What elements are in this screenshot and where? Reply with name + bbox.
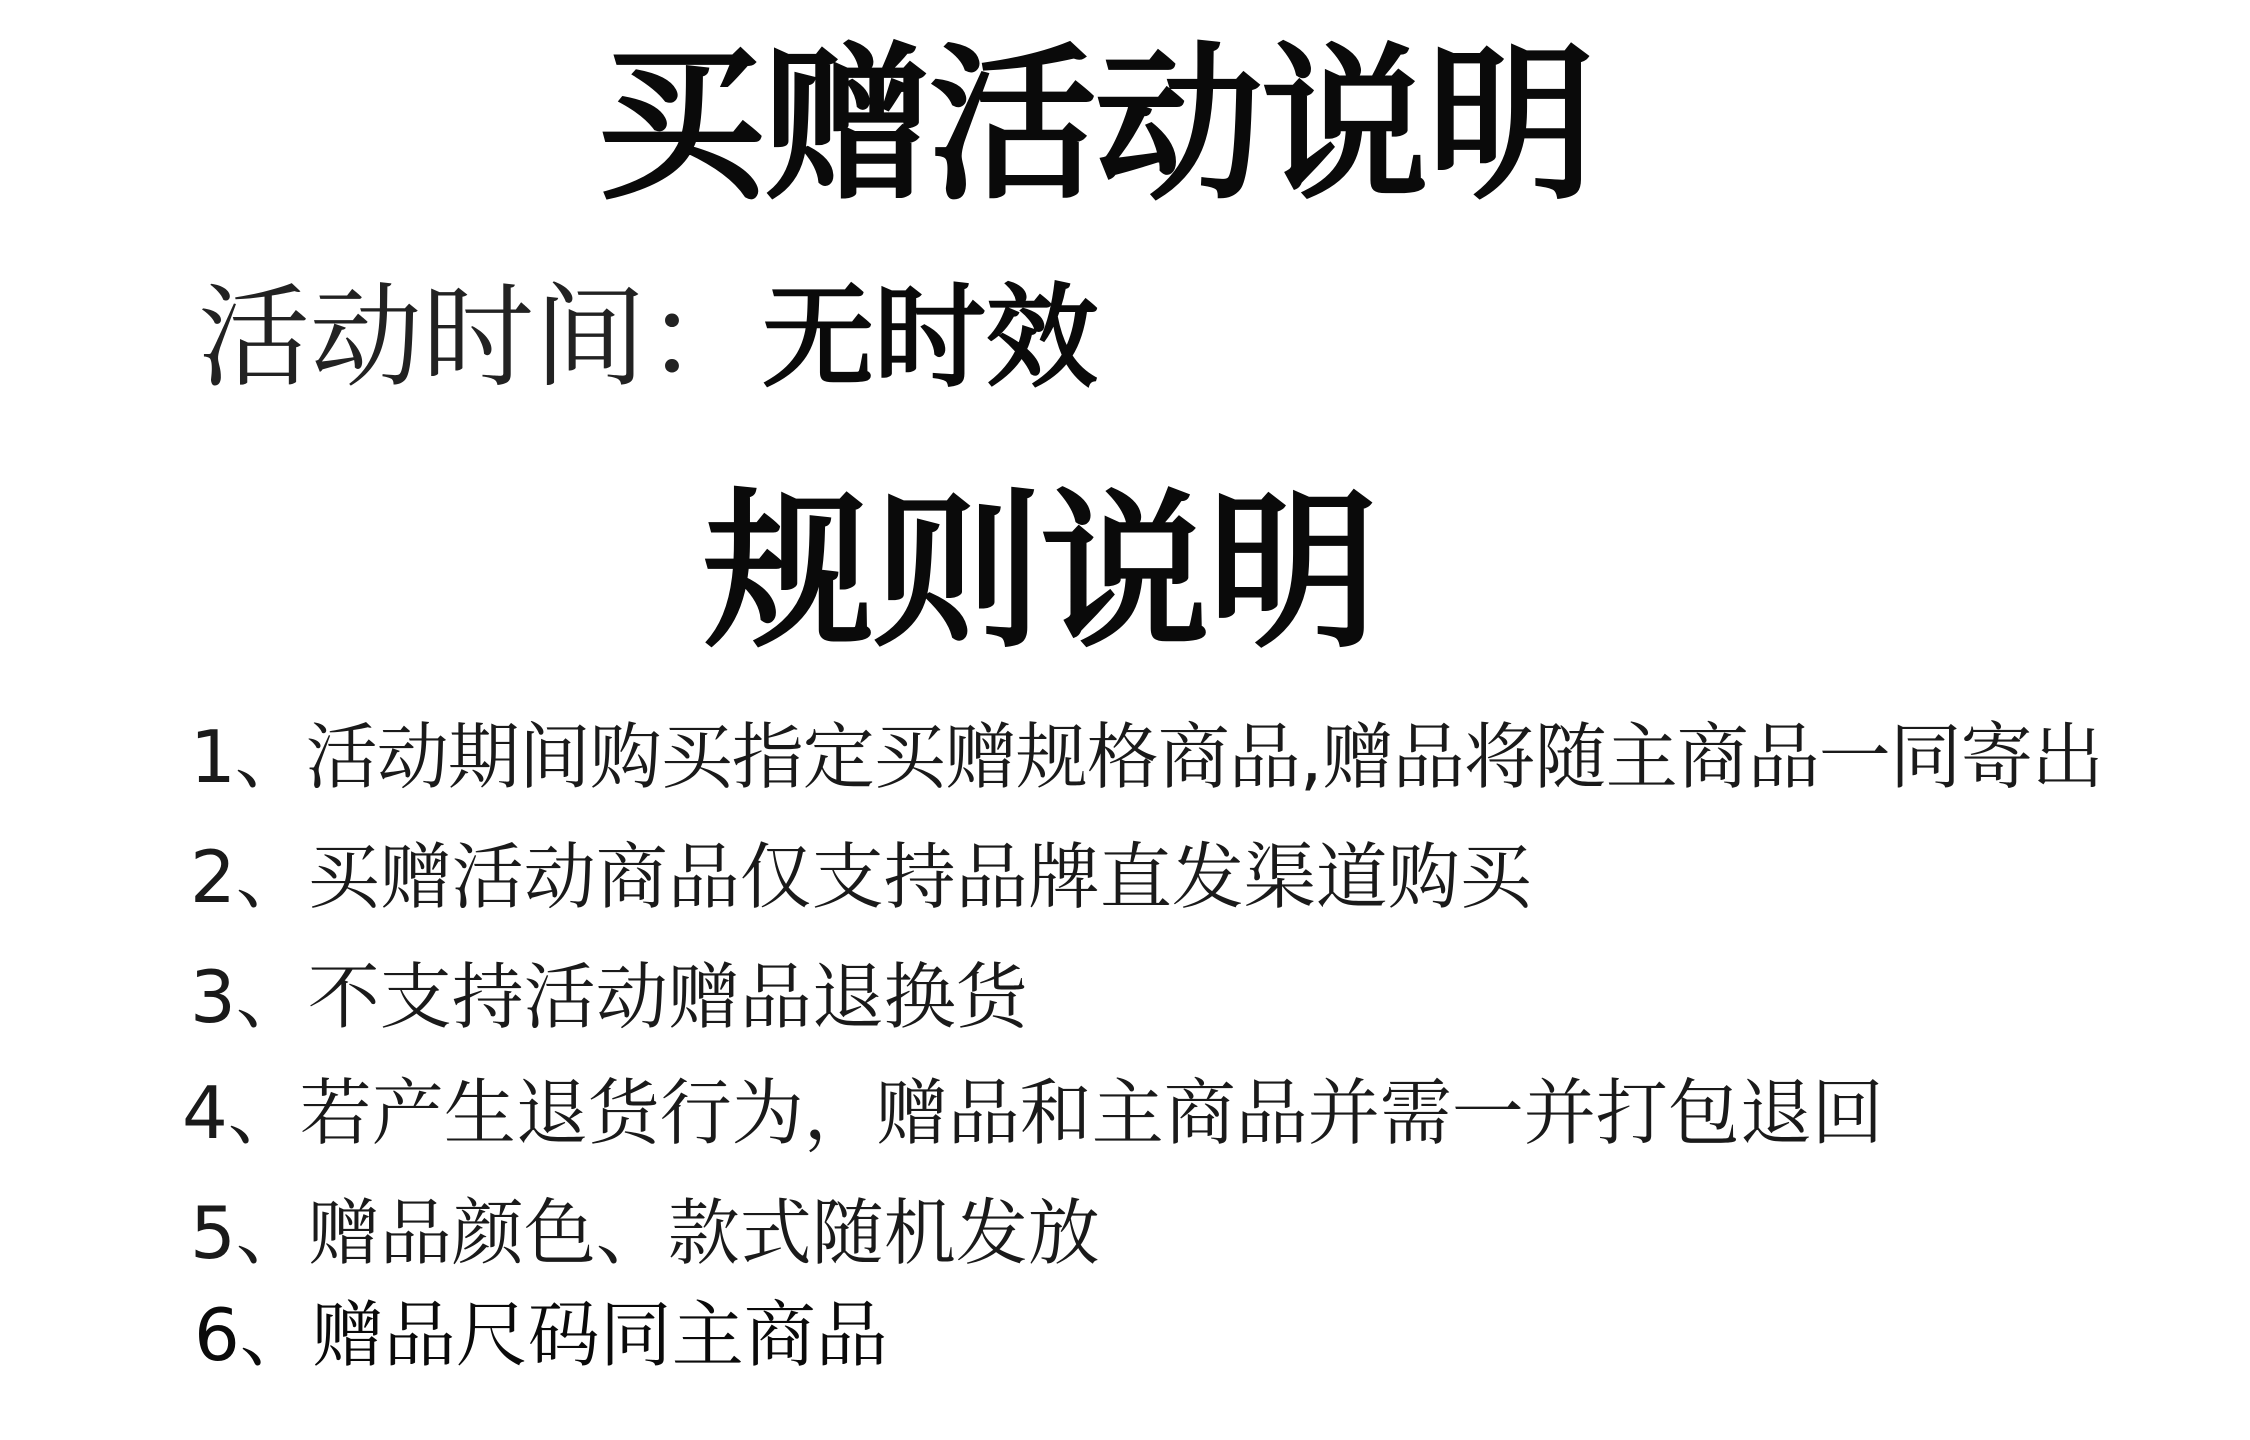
activity-time-label: 活动时间：	[198, 273, 758, 403]
rule-item: 2、买赠活动商品仅支持品牌直发渠道购买	[190, 832, 1532, 922]
rule-item: 6、赠品尺码同主商品	[194, 1290, 888, 1380]
activity-time-row: 活动时间：无时效	[198, 268, 1098, 408]
activity-time-value: 无时效	[762, 273, 1098, 403]
rule-item: 3、不支持活动赠品退换货	[190, 952, 1028, 1042]
rule-item: 5、赠品颜色、款式随机发放	[190, 1188, 1100, 1278]
rule-item: 4、若产生退货行为，赠品和主商品并需一并打包退回	[182, 1068, 1884, 1158]
rules-heading: 规则说明	[0, 478, 2165, 668]
page-title: 买赠活动说明	[0, 30, 2220, 220]
rule-item: 1、活动期间购买指定买赠规格商品,赠品将随主商品一同寄出	[190, 712, 2103, 802]
